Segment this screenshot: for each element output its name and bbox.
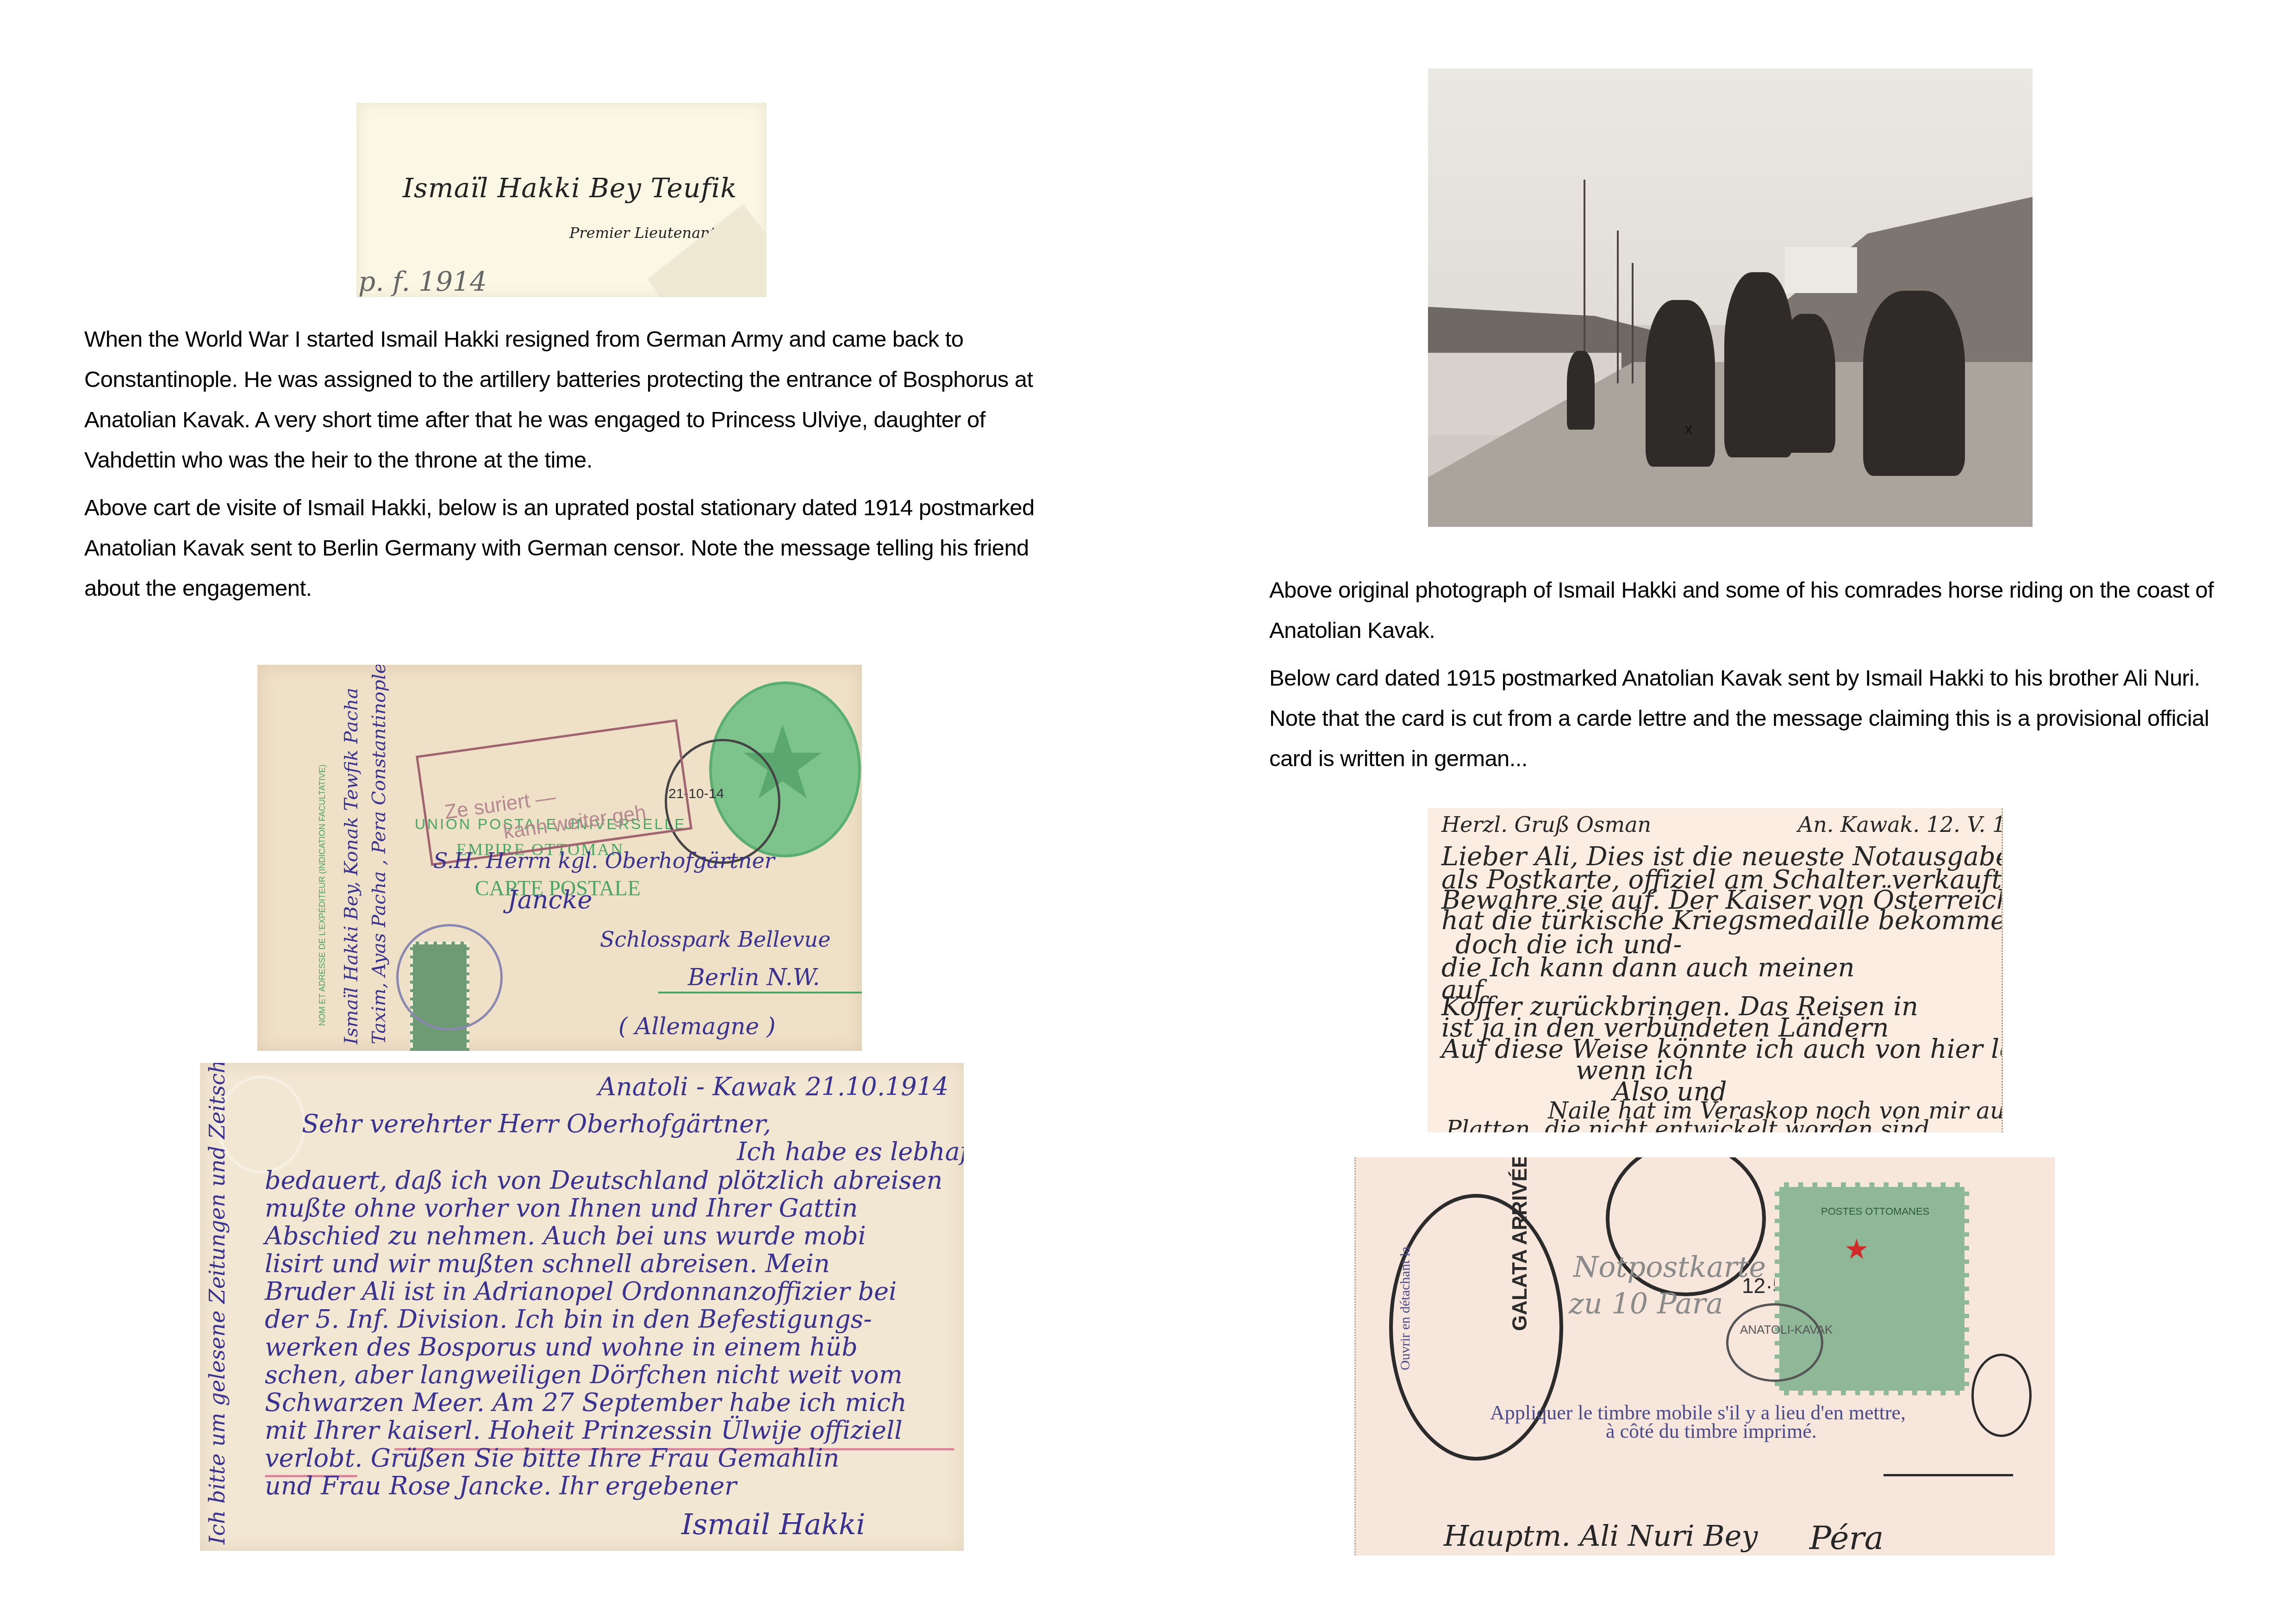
photo-x-mark: x — [1685, 420, 1692, 437]
red-star-icon: ★ — [1844, 1233, 1869, 1266]
stamp-label: POSTES OTTOMANES — [1821, 1206, 1929, 1218]
address-line: Berlin N.W. — [688, 964, 820, 991]
address-line: Schlosspark Bellevue — [600, 927, 830, 952]
postmark-circle — [396, 924, 503, 1031]
message-line: Sehr verehrter Herr Oberhofgärtner, — [302, 1109, 771, 1138]
caption-paragraph: When the World War I started Ismail Hakk… — [84, 319, 1066, 481]
postmark-anatoli — [1726, 1303, 1823, 1382]
postmark-galata-text: GALATA ARRIVÉE — [1509, 1157, 1532, 1331]
horse-riding-photograph: x — [1428, 69, 2033, 527]
message-line: lisirt und wir mußten schnell abreisen. … — [265, 1249, 830, 1278]
postal-stationery-message-image: Anatoli - Kawak 21.10.1914 Sehr verehrte… — [200, 1063, 964, 1551]
message-line: und Frau Rose Jancke. Ihr ergebener — [265, 1471, 736, 1500]
rider-figure — [1646, 300, 1715, 467]
sender-label: NOM ET ADRESSE DE L'EXPÉDITEUR (INDICATI… — [318, 764, 327, 1026]
address-rule — [1883, 1474, 2013, 1476]
message-line: bedauert, daß ich von Deutschland plötzl… — [265, 1166, 942, 1195]
message-line: werken des Bosporus und wohne in einem h… — [265, 1332, 858, 1362]
message-header-left: Herzl. Gruß Osman — [1441, 812, 1651, 837]
message-line: Ich habe es lebhaft — [737, 1137, 964, 1166]
address-divider — [658, 992, 862, 993]
postmark-small — [1971, 1354, 2032, 1437]
visiting-card-rank: Premier Lieutenant — [569, 224, 716, 242]
caption-paragraph: Above original photograph of Ismail Hakk… — [1269, 570, 2218, 651]
addressee: Hauptm. Ali Nuri Bey — [1444, 1519, 1758, 1553]
message-dateline: Anatoli - Kawak 21.10.1914 — [598, 1072, 948, 1101]
card-1915-message-image: Herzl. Gruß Osman An. Kawak. 12. V. 15. … — [1428, 808, 2003, 1132]
pencil-note: Notpostkarte — [1573, 1250, 1766, 1284]
printed-instruction: à côté du timbre imprimé. — [1606, 1419, 1817, 1443]
caption-paragraph: Below card dated 1915 postmarked Anatoli… — [1269, 658, 2218, 779]
pencil-note: zu 10 Para — [1569, 1287, 1723, 1320]
message-line: Abschied zu nehmen. Auch bei uns wurde m… — [265, 1221, 866, 1250]
card-1915-address-image: GALATA ARRIVÉE 12·5 POSTES OTTOMANES ★ A… — [1354, 1157, 2055, 1555]
signature: Ismail Hakki — [681, 1507, 865, 1541]
message-header-right: An. Kawak. 12. V. 15. — [1798, 812, 2003, 837]
sender-line: Ismaïl Hakki Bey, Konak Tewfik Pacha — [341, 688, 362, 1044]
message-line: Auf diese Weise könnte ich auch von hier… — [1441, 1034, 2003, 1064]
right-caption: Above original photograph of Ismail Hakk… — [1269, 570, 2218, 787]
visiting-card-name: Ismaïl Hakki Bey Teufik — [403, 172, 737, 204]
address-line: S.H. Herrn kgl. Oberhofgärtner — [433, 848, 775, 873]
side-note: Ich bitte um gelesene Zeitungen und Zeit… — [205, 1063, 230, 1544]
message-line: Bruder Ali ist in Adrianopel Ordonnanzof… — [265, 1277, 897, 1306]
rider-figure — [1780, 314, 1835, 453]
sender-line: Taxim, Ayas Pacha , Pera Constantinople — [368, 665, 390, 1044]
visiting-card-date: p. f. 1914 — [358, 266, 487, 297]
message-line: die Ich kann dann auch meinen — [1441, 953, 1855, 983]
addressee-city: Péra — [1809, 1519, 1884, 1555]
message-line: schen, aber langweiligen Dörfchen nicht … — [265, 1360, 903, 1389]
message-line: mußte ohne vorher von Ihnen und Ihrer Ga… — [265, 1193, 858, 1223]
postmark-anatoli-text: ANATOLI-KAVAK — [1740, 1323, 1833, 1337]
printed-side-text: Ouvrir en détachant la — [1397, 1247, 1413, 1370]
caption-paragraph: Above cart de visite of Ismail Hakki, be… — [84, 488, 1066, 609]
left-caption: When the World War I started Ismail Hakk… — [84, 319, 1066, 616]
message-line: mit Ihrer kaiserl. Hoheit Prinzessin Ülw… — [265, 1416, 903, 1445]
address-line: ( Allemagne ) — [618, 1013, 776, 1040]
card-corner-fold — [649, 205, 767, 297]
sender-column: NOM ET ADRESSE DE L'EXPÉDITEUR (INDICATI… — [313, 683, 378, 1044]
censor-cachet: Ze suriert — kann weiter geh — [416, 719, 692, 866]
rider-figure — [1863, 291, 1965, 476]
message-line: verlobt. Grüßen Sie bitte Ihre Frau Gema… — [265, 1443, 839, 1473]
soldier-figure — [1567, 351, 1595, 430]
message-line: Schwarzen Meer. Am 27 September habe ich… — [265, 1388, 907, 1417]
visiting-card-image: Ismaïl Hakki Bey Teufik Premier Lieutena… — [356, 103, 767, 297]
address-line: Jancke — [507, 885, 592, 914]
message-line: der 5. Inf. Division. Ich bin in den Bef… — [265, 1305, 872, 1334]
embossed-seal — [218, 1077, 305, 1172]
message-line: Platten, die nicht entwickelt worden sin… — [1446, 1116, 1937, 1132]
postal-stationery-front-image: NOM ET ADRESSE DE L'EXPÉDITEUR (INDICATI… — [257, 665, 862, 1051]
